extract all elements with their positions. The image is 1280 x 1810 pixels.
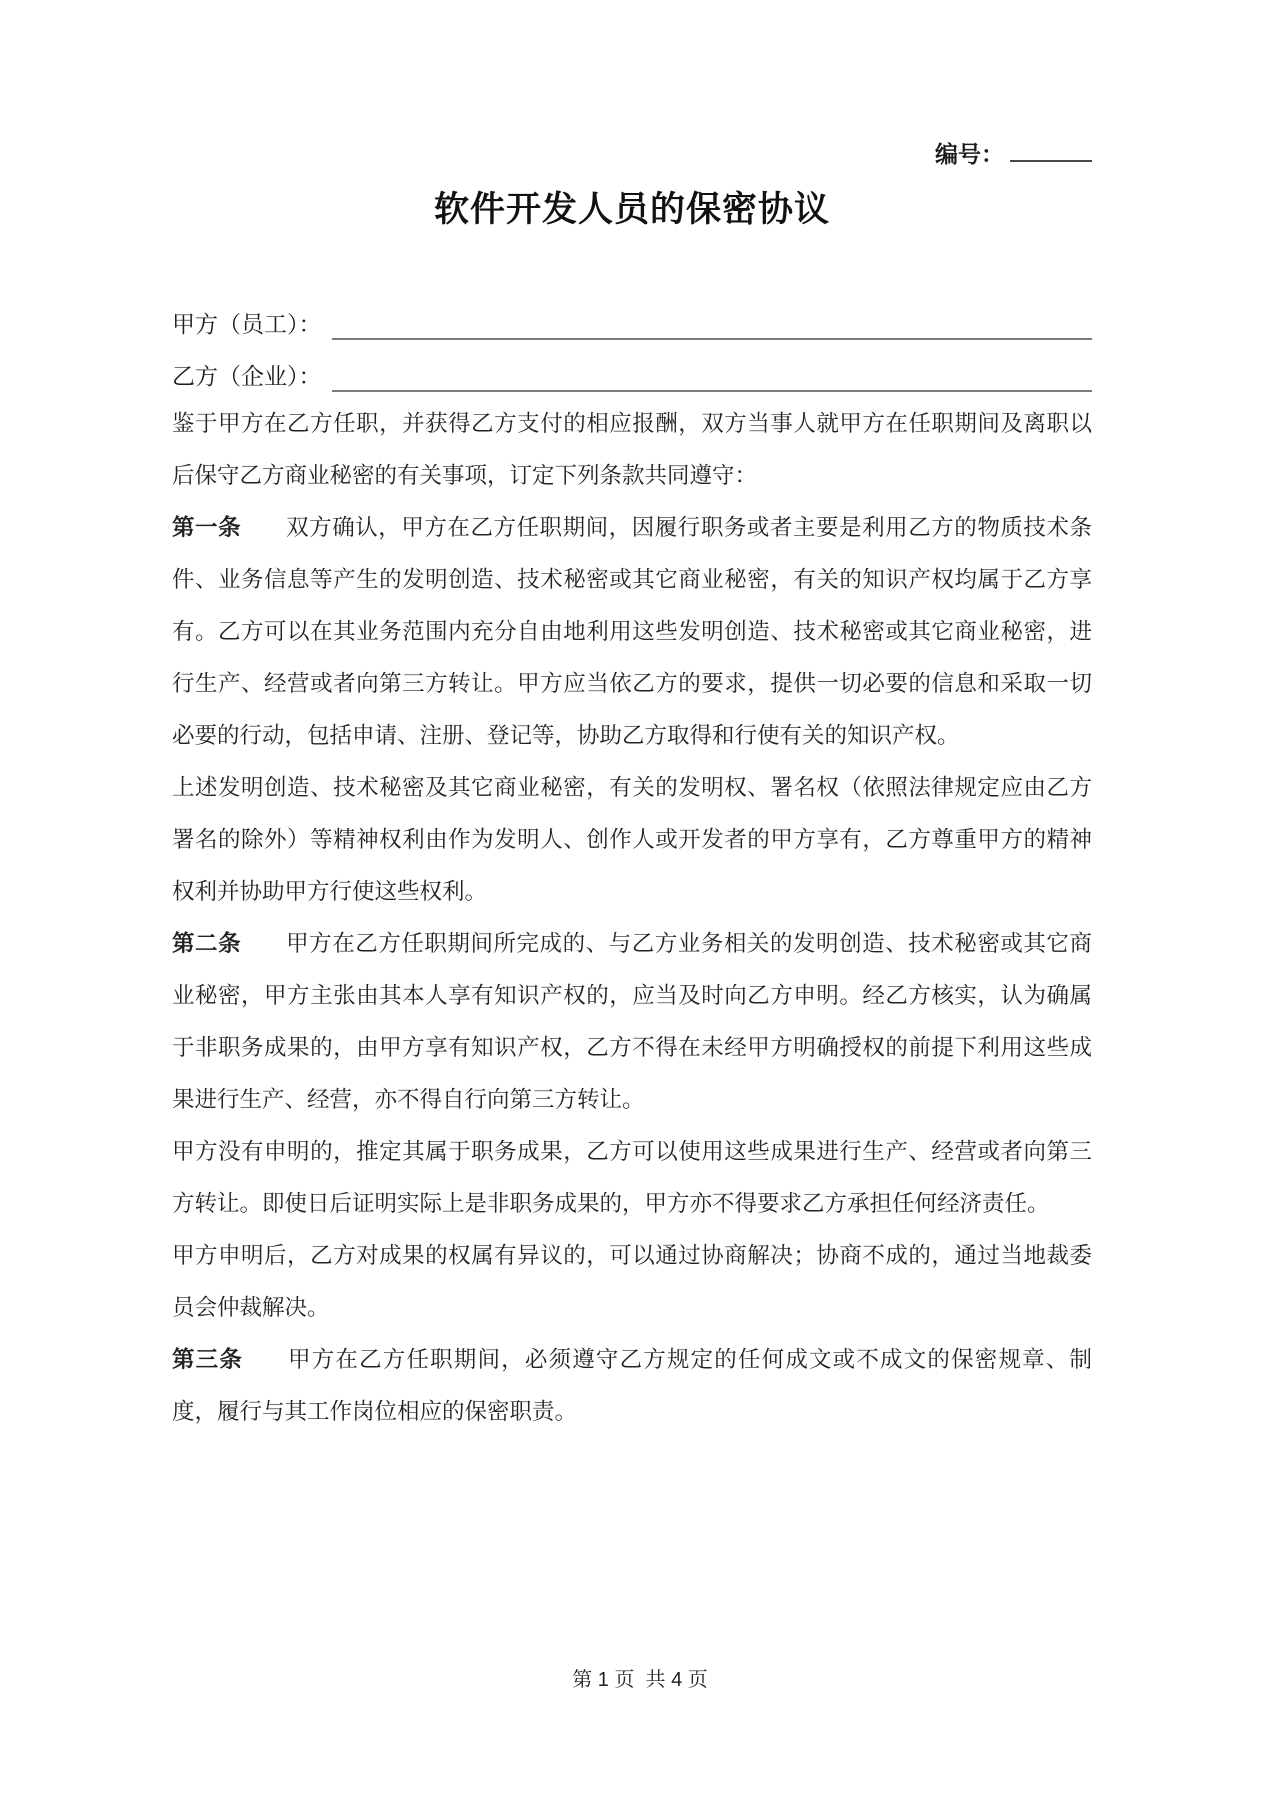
party-b-row: 乙方（企业）： [172, 342, 1092, 394]
party-b-label: 乙方（企业）： [172, 360, 322, 394]
document-content: 编号： 软件开发人员的保密协议 甲方（员工）： 乙方（企业）： 鉴于甲方在乙方任… [172, 0, 1092, 1438]
party-a-fill-line [332, 308, 1093, 340]
clause-2-body: 甲方在乙方任职期间所完成的、与乙方业务相关的发明创造、技术秘密或其它商业秘密，甲… [172, 931, 1092, 1112]
page-number-footer: 第 1 页 共 4 页 [0, 1663, 1280, 1692]
party-b-fill-line [332, 360, 1093, 392]
clause-2-paragraph-3: 甲方申明后，乙方对成果的权属有异议的，可以通过协商解决；协商不成的，通过当地裁委… [172, 1230, 1092, 1334]
clause-3-paragraph: 第三条甲方在乙方任职期间，必须遵守乙方规定的任何成文或不成文的保密规章、制度，履… [172, 1334, 1092, 1438]
party-a-label: 甲方（员工）： [172, 308, 322, 342]
page-title: 软件开发人员的保密协议 [172, 184, 1092, 236]
clause-1-paragraph: 第一条双方确认，甲方在乙方任职期间，因履行职务或者主要是利用乙方的物质技术条件、… [172, 502, 1092, 762]
document-page: 编号： 软件开发人员的保密协议 甲方（员工）： 乙方（企业）： 鉴于甲方在乙方任… [0, 0, 1280, 1810]
parties-section: 甲方（员工）： 乙方（企业）： [172, 290, 1092, 394]
clause-3-body: 甲方在乙方任职期间，必须遵守乙方规定的任何成文或不成文的保密规章、制度，履行与其… [172, 1347, 1092, 1424]
clause-1-paragraph-2: 上述发明创造、技术秘密及其它商业秘密，有关的发明权、署名权（依照法律规定应由乙方… [172, 762, 1092, 918]
clause-3-heading: 第三条 [172, 1347, 243, 1372]
clause-1-heading: 第一条 [172, 515, 241, 540]
clause-1-body: 双方确认，甲方在乙方任职期间，因履行职务或者主要是利用乙方的物质技术条件、业务信… [172, 515, 1092, 748]
clause-2-heading: 第二条 [172, 931, 241, 956]
party-a-row: 甲方（员工）： [172, 290, 1092, 342]
intro-paragraph: 鉴于甲方在乙方任职，并获得乙方支付的相应报酬，双方当事人就甲方在任职期间及离职以… [172, 398, 1092, 502]
clause-2-paragraph: 第二条甲方在乙方任职期间所完成的、与乙方业务相关的发明创造、技术秘密或其它商业秘… [172, 918, 1092, 1126]
document-number-blank-line [1010, 138, 1092, 162]
document-number-row: 编号： [172, 0, 1092, 170]
clause-2-paragraph-2: 甲方没有申明的，推定其属于职务成果，乙方可以使用这些成果进行生产、经营或者向第三… [172, 1126, 1092, 1230]
document-number-label: 编号： [935, 142, 1004, 167]
